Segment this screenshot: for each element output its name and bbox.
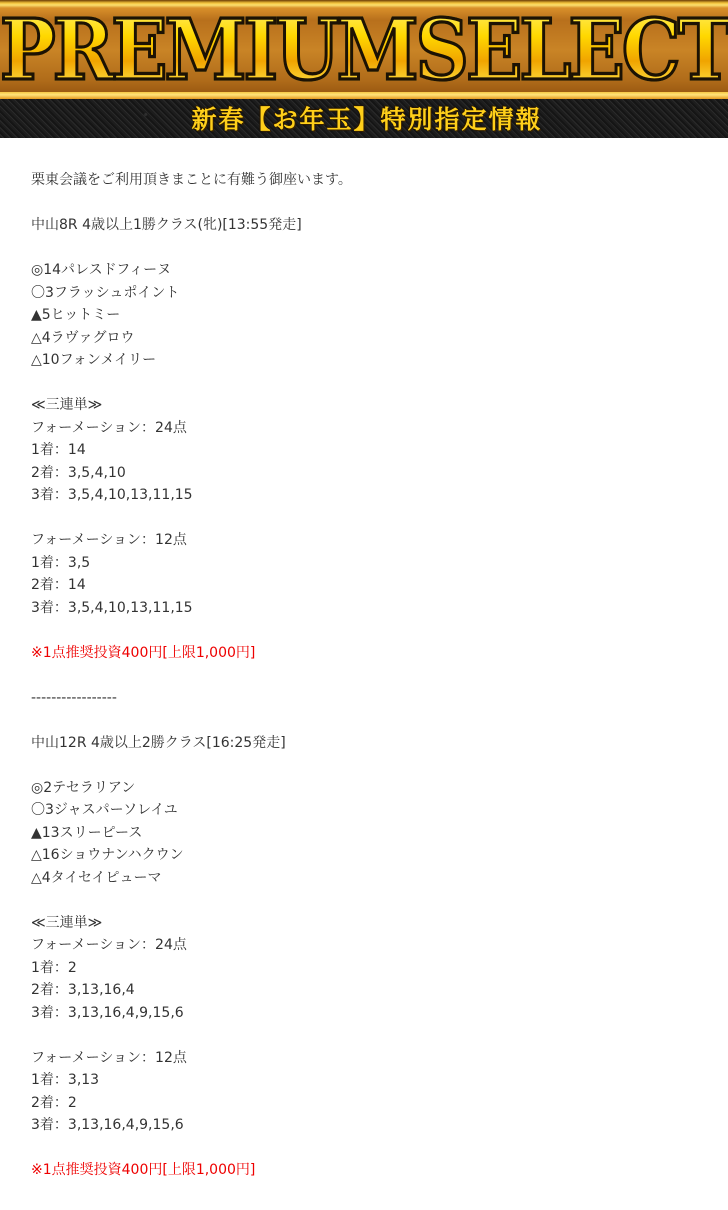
race-header: 中山12R 4歳以上2勝クラス[16:25発走] <box>31 732 711 755</box>
formation-second: 2着：2 <box>31 1092 711 1115</box>
spacer <box>31 1024 711 1047</box>
formation-second: 2着：3,5,4,10 <box>31 462 711 485</box>
formation-title: フォーメーション：12点 <box>31 1047 711 1070</box>
formation-second: 2着：14 <box>31 574 711 597</box>
formation-third: 3着：3,13,16,4,9,15,6 <box>31 1002 711 1025</box>
formation-first: 1着：3,13 <box>31 1069 711 1092</box>
spacer <box>31 664 711 687</box>
spacer <box>31 889 711 912</box>
formation-third: 3着：3,5,4,10,13,11,15 <box>31 484 711 507</box>
spacer <box>31 507 711 530</box>
spacer <box>31 372 711 395</box>
pick-tanana: ▲5ヒットミー <box>31 304 711 327</box>
pick-renka: △10フォンメイリー <box>31 349 711 372</box>
bet-type: ≪三連単≫ <box>31 912 711 935</box>
pick-renka: △4ラヴァグロウ <box>31 327 711 350</box>
banner-subtitle: 新春【お年玉】特別指定情報 <box>0 100 728 138</box>
spacer <box>31 709 711 732</box>
bet-type: ≪三連単≫ <box>31 394 711 417</box>
formation-second: 2着：3,13,16,4 <box>31 979 711 1002</box>
formation-title: フォーメーション：12点 <box>31 529 711 552</box>
spacer <box>31 1137 711 1160</box>
formation-first: 1着：3,5 <box>31 552 711 575</box>
race-header: 中山8R 4歳以上1勝クラス(牝)[13:55発走] <box>31 214 711 237</box>
pick-taikou: 〇3フラッシュポイント <box>31 282 711 305</box>
spacer <box>31 192 711 215</box>
formation-title: フォーメーション：24点 <box>31 417 711 440</box>
spacer <box>31 619 711 642</box>
formation-title: フォーメーション：24点 <box>31 934 711 957</box>
pick-tanana: ▲13スリーピース <box>31 822 711 845</box>
pick-honmei: ◎2テセラリアン <box>31 777 711 800</box>
formation-first: 1着：14 <box>31 439 711 462</box>
premium-select-banner: PREMIUMSELECT 新春【お年玉】特別指定情報 <box>0 0 728 138</box>
pick-renka: △4タイセイピューマ <box>31 867 711 890</box>
pick-taikou: 〇3ジャスパーソレイユ <box>31 799 711 822</box>
banner-title: PREMIUMSELECT <box>0 1 728 102</box>
greeting-text: 栗東会議をご利用頂きまことに有難う御座います。 <box>31 169 711 192</box>
pick-renka: △16ショウナンハクウン <box>31 844 711 867</box>
section-divider: ----------------- <box>31 687 711 710</box>
pick-honmei: ◎14パレスドフィーヌ <box>31 259 711 282</box>
formation-third: 3着：3,13,16,4,9,15,6 <box>31 1114 711 1137</box>
investment-note: ※1点推奨投資400円[上限1,000円] <box>31 642 711 665</box>
formation-first: 1着：2 <box>31 957 711 980</box>
investment-note: ※1点推奨投資400円[上限1,000円] <box>31 1159 711 1182</box>
spacer <box>31 237 711 260</box>
formation-third: 3着：3,5,4,10,13,11,15 <box>31 597 711 620</box>
email-body: 栗東会議をご利用頂きまことに有難う御座います。 中山8R 4歳以上1勝クラス(牝… <box>31 169 711 1182</box>
spacer <box>31 754 711 777</box>
